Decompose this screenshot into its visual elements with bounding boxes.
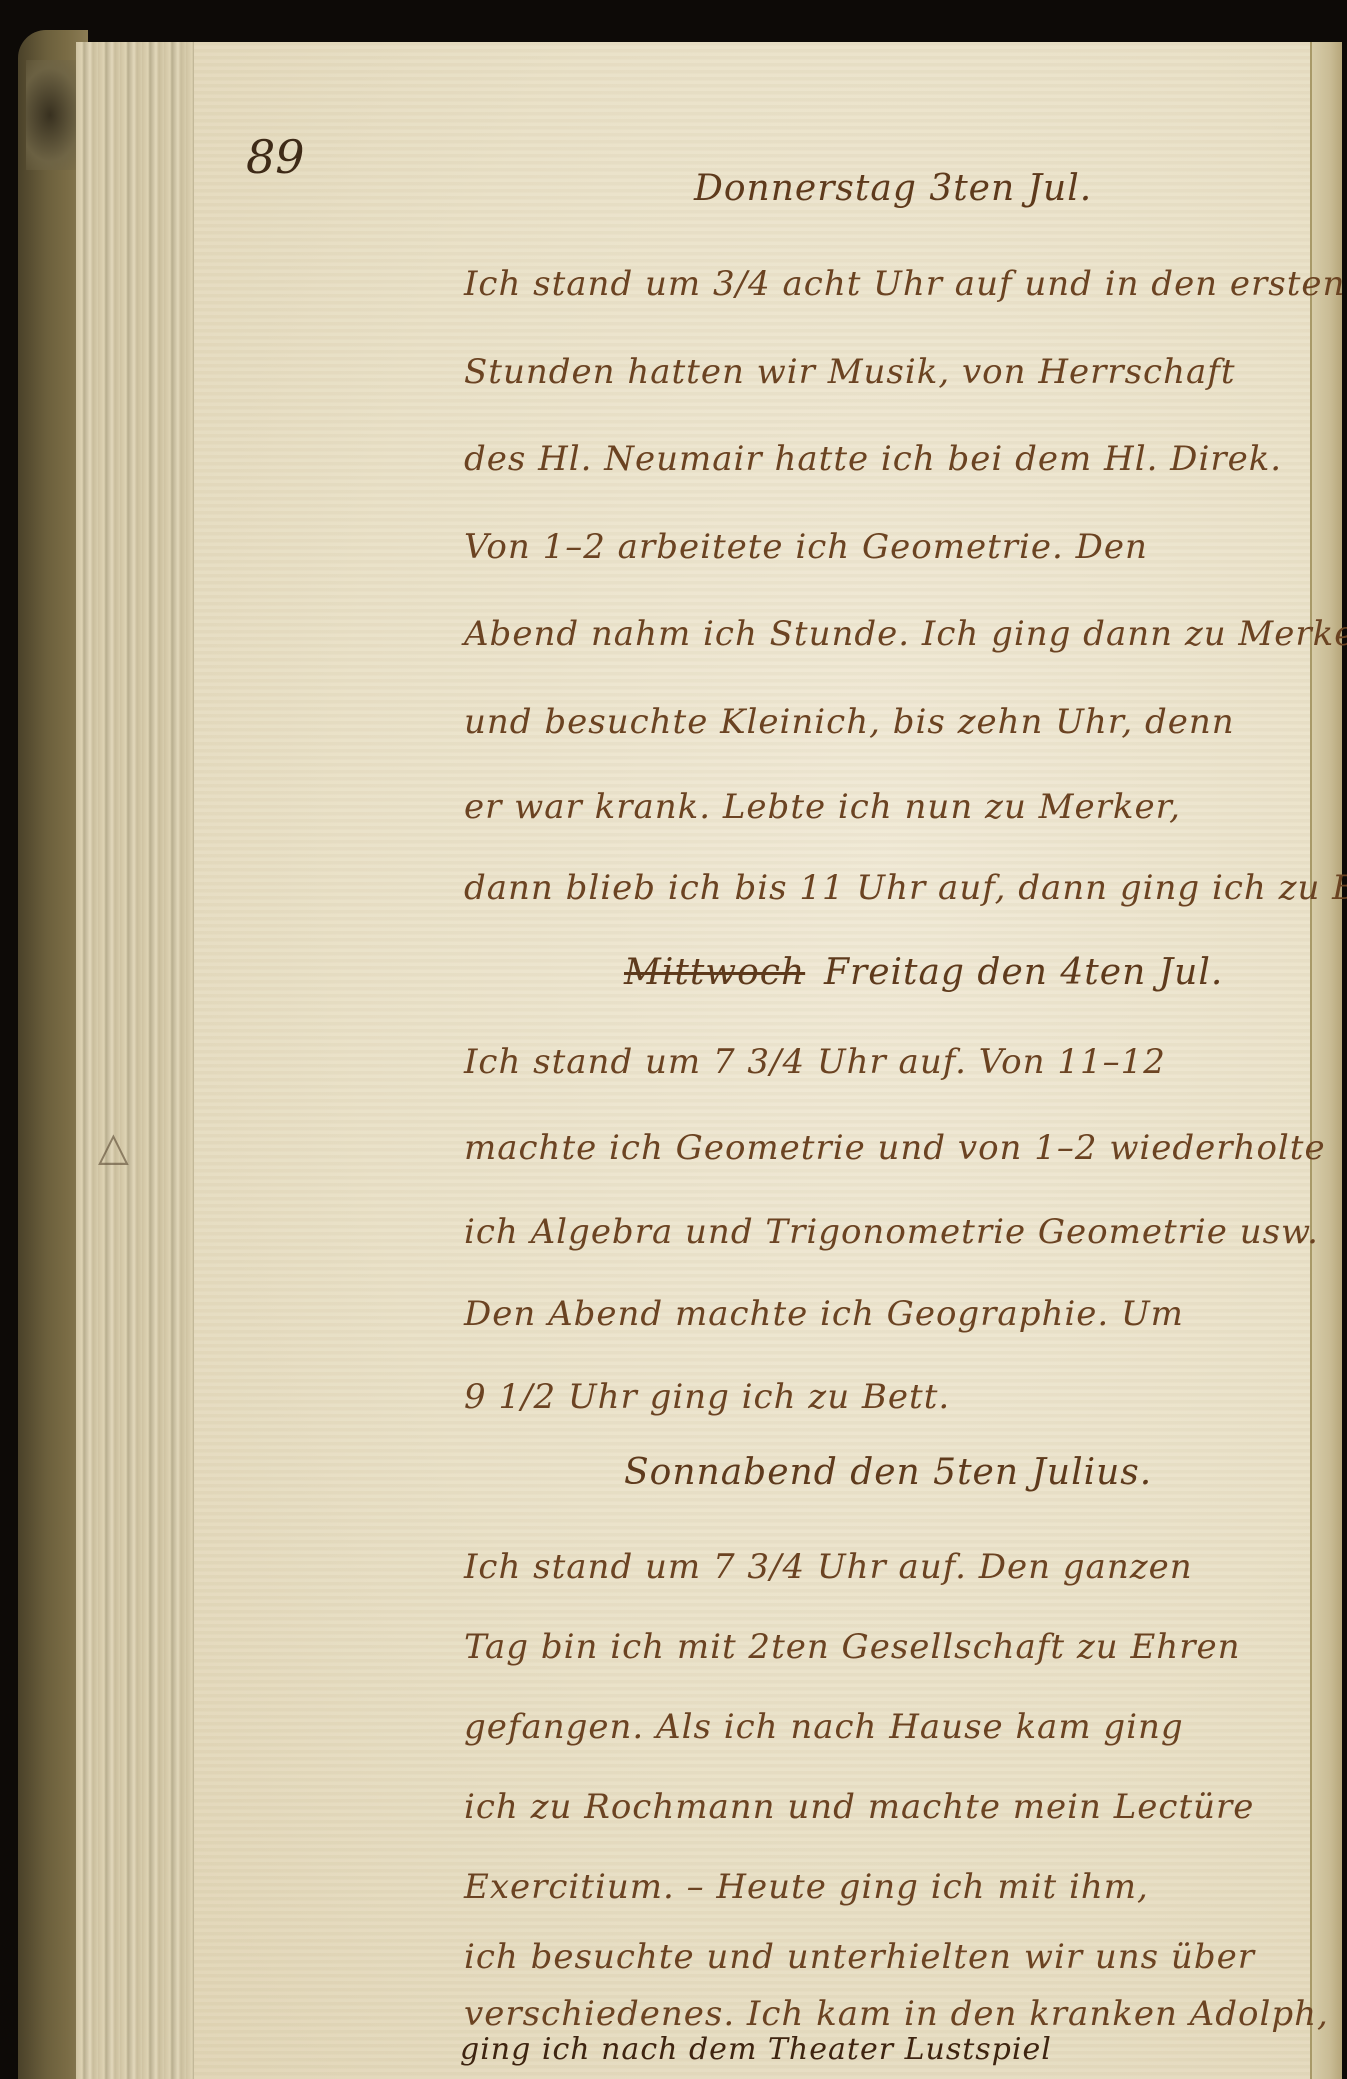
entry-line: Von 1–2 arbeitete ich Geometrie. Den xyxy=(464,527,1148,567)
struck-word: Mittwoch xyxy=(624,952,805,993)
entry-heading: Freitag den 4ten Jul. xyxy=(824,952,1223,993)
entry-line: Tag bin ich mit 2ten Gesellschaft zu Ehr… xyxy=(464,1627,1240,1667)
entry-heading: Donnerstag 3ten Jul. xyxy=(694,168,1092,209)
entry-line: 9 1/2 Uhr ging ich zu Bett. xyxy=(464,1377,950,1417)
entry-line: verschiedenes. Ich kam in den kranken Ad… xyxy=(464,1994,1329,2034)
entry-line: Ich stand um 7 3/4 Uhr auf. Von 11–12 xyxy=(464,1042,1166,1082)
entry-line: gefangen. Als ich nach Hause kam ging xyxy=(464,1707,1184,1747)
entry-line: ich Algebra und Trigonometrie Geometrie … xyxy=(464,1212,1319,1252)
entry-line: Abend nahm ich Stunde. Ich ging dann zu … xyxy=(464,614,1347,654)
pencil-mark: △ xyxy=(98,1122,128,1172)
entry-line: Ich stand um 3/4 acht Uhr auf und in den… xyxy=(464,264,1345,304)
entry-line: des Hl. Neumair hatte ich bei dem Hl. Di… xyxy=(464,439,1282,479)
entry-line: und besuchte Kleinich, bis zehn Uhr, den… xyxy=(464,702,1235,742)
entry-line: machte ich Geometrie und von 1–2 wiederh… xyxy=(464,1128,1326,1168)
entry-line: dann blieb ich bis 11 Uhr auf, dann ging… xyxy=(464,868,1347,908)
entry-line: ich zu Rochmann und machte mein Lectüre xyxy=(464,1787,1254,1827)
page-edges-stack: △ xyxy=(76,42,198,2079)
manuscript-page: 89 Donnerstag 3ten Jul. Ich stand um 3/4… xyxy=(194,42,1342,2079)
entry-heading: Sonnabend den 5ten Julius. xyxy=(624,1452,1152,1493)
entry-line: ich besuchte und unterhielten wir uns üb… xyxy=(464,1937,1255,1977)
entry-line: er war krank. Lebte ich nun zu Merker, xyxy=(464,787,1181,827)
entry-line: Exercitium. – Heute ging ich mit ihm, xyxy=(464,1867,1149,1907)
entry-line: ging ich nach dem Theater Lustspiel xyxy=(460,2032,1052,2067)
entry-line: Ich stand um 7 3/4 Uhr auf. Den ganzen xyxy=(464,1547,1193,1587)
entry-heading: Mittwoch xyxy=(624,952,805,993)
facing-page-edge xyxy=(1310,42,1342,2079)
folio-number: 89 xyxy=(246,130,305,184)
entry-line: Den Abend machte ich Geographie. Um xyxy=(464,1294,1184,1334)
book-scan: △ 89 Donnerstag 3ten Jul. Ich stand um 3… xyxy=(18,20,1347,2079)
entry-line: Stunden hatten wir Musik, von Herrschaft xyxy=(464,352,1236,392)
